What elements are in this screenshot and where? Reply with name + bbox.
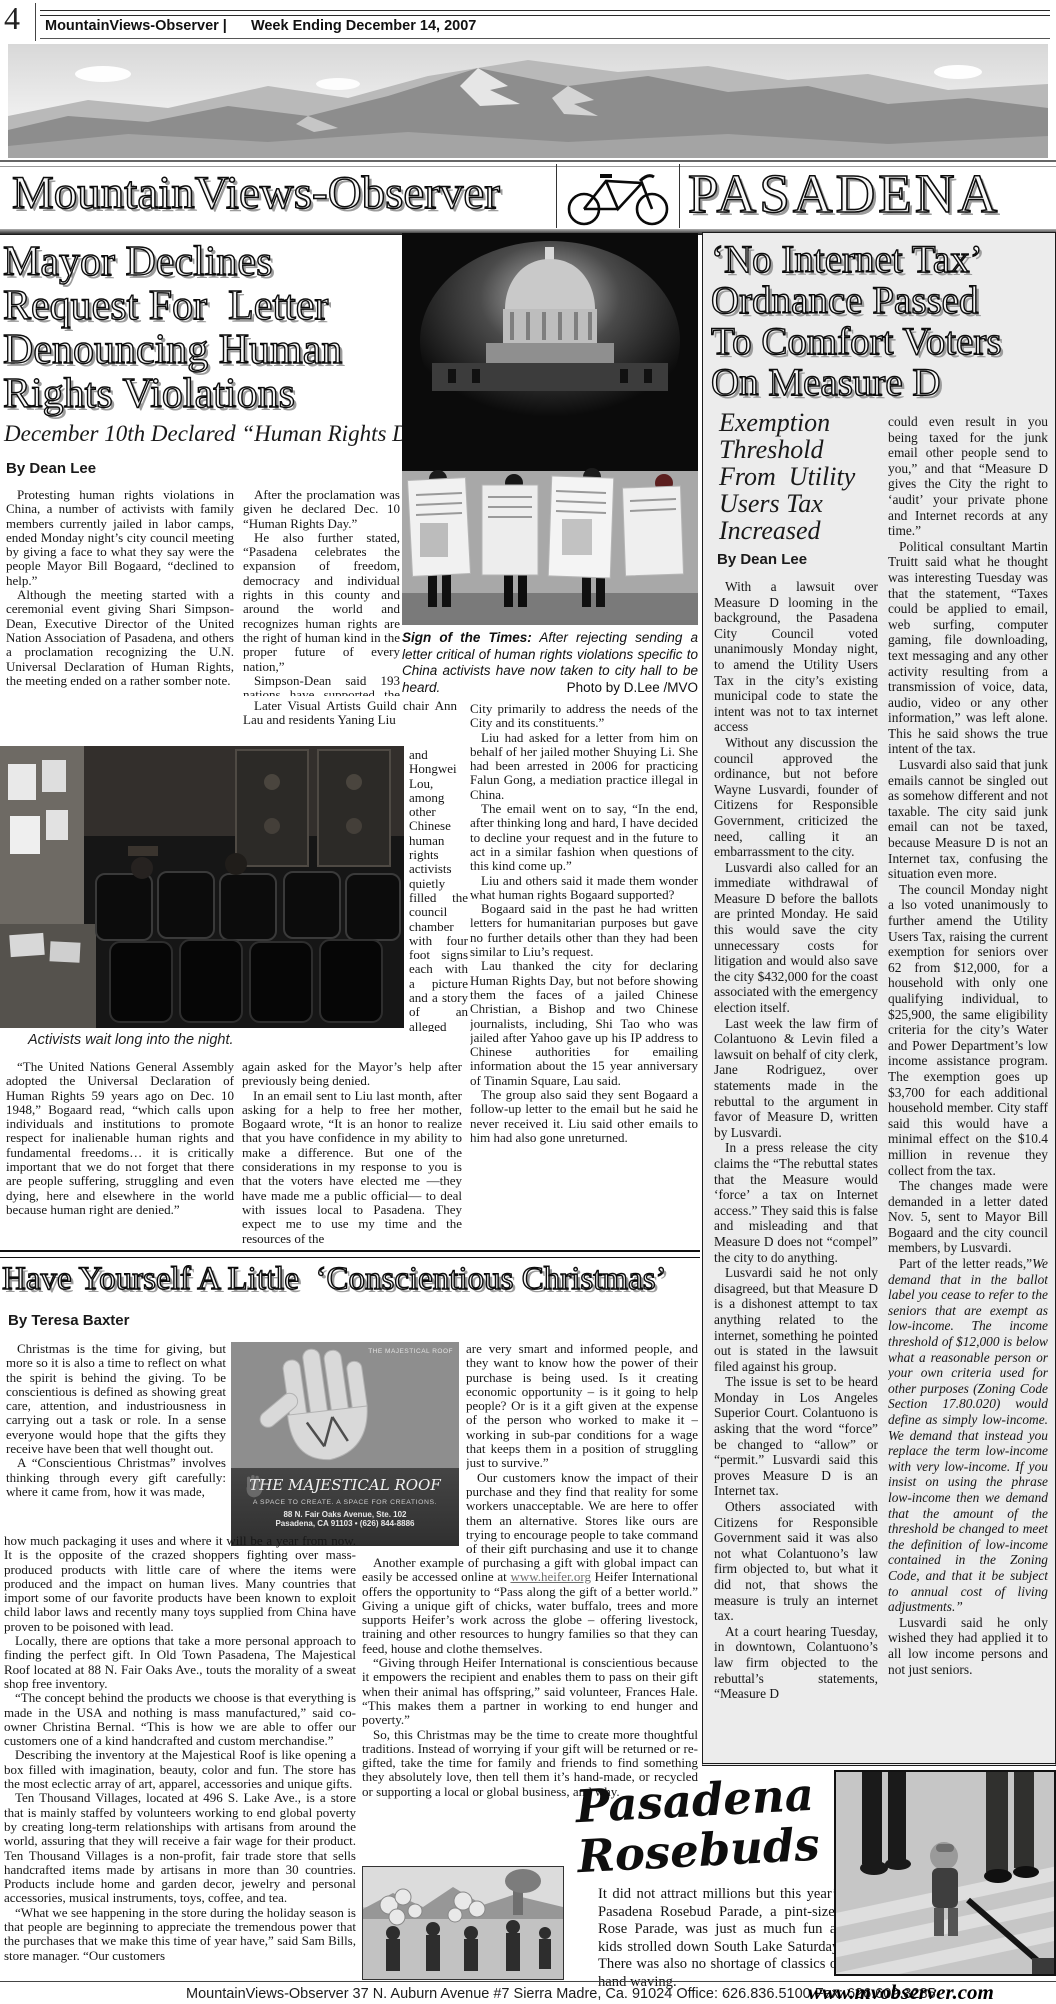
tax-headline-line: To Comfort Voters <box>711 321 1053 362</box>
paragraph: Protesting human rights violations in Ch… <box>6 488 234 588</box>
paragraph: The council Monday night a lso voted una… <box>888 882 1048 1178</box>
christmas-wide-column: how much packaging it uses and where it … <box>4 1534 356 1980</box>
mayor-headline-line: Denouncing Human <box>3 328 403 372</box>
paragraph: Lusvardi also called for an immediate wi… <box>714 860 878 1016</box>
christmas-byline: By Teresa Baxter <box>8 1312 129 1329</box>
paragraph: again asked for the Mayor’s help after p… <box>242 1060 462 1089</box>
bicycle-icon <box>556 164 680 228</box>
mayor-column-2b: again asked for the Mayor’s help after p… <box>242 1060 462 1254</box>
paragraph: Although the meeting started with a cere… <box>6 588 234 688</box>
cityhall-photo-caption: Sign of the Times: After rejecting sendi… <box>402 630 698 698</box>
paragraph: Christmas is the time for giving, but mo… <box>6 1342 226 1456</box>
mountain-panorama-photo <box>8 44 1048 158</box>
activists-photo <box>0 746 404 1028</box>
paragraph: City primarily to address the needs of t… <box>470 702 698 731</box>
paragraph: The changes made were demanded in a lett… <box>888 1178 1048 1256</box>
tax-letter-paragraph: Part of the letter reads,”We demand that… <box>888 1256 1048 1615</box>
letter-quote: We demand that in the ballot label you c… <box>888 1256 1048 1614</box>
christmas-column-3: are very smart and informed people, and … <box>466 1342 698 1554</box>
paragraph: “Giving through Heifer International is … <box>362 1656 698 1727</box>
cityhall-protest-photo <box>402 233 698 625</box>
christmas-column-1: Christmas is the time for giving, but mo… <box>6 1342 226 1534</box>
majestical-roof-ad: THE MAJESTICAL ROOF THE MAJES <box>231 1342 459 1546</box>
tax-headline-line: ‘No Internet Tax’ <box>711 239 1053 280</box>
paragraph: The group also said they sent Bogaard a … <box>470 1088 698 1145</box>
mayor-headline: Mayor Declines Request For Letter Denoun… <box>3 240 403 416</box>
tax-headline: ‘No Internet Tax’ Ordnance Passed To Com… <box>711 239 1053 403</box>
paragraph: Ten Thousand Villages, located at 496 S.… <box>4 1791 356 1905</box>
mayor-subhead: December 10th Declared “Human Rights Day… <box>4 421 454 447</box>
header-line: MountainViews-Observer | Week Ending Dec… <box>45 18 476 34</box>
mayor-byline: By Dean Lee <box>6 460 96 477</box>
newspaper-page: 4 MountainViews-Observer | Week Ending D… <box>0 0 1056 2004</box>
masthead-title: MountainViews-Observer <box>12 166 500 220</box>
heifer-paragraph: Another example of purchasing a gift wit… <box>362 1556 698 1656</box>
paragraph: Simpson-Dean said 193 nations have suppo… <box>243 674 400 696</box>
tax-subhead: Exemption Threshold From Utility Users T… <box>719 409 855 544</box>
tax-column-1: With a lawsuit over Measure D looming in… <box>714 579 878 1757</box>
hand-icon <box>249 1348 399 1468</box>
photo-credit: Photo by D.Lee /MVO <box>567 680 698 697</box>
paragraph: are very smart and informed people, and … <box>466 1342 698 1471</box>
paragraph: Bogaard said in the past he had written … <box>470 902 698 959</box>
paragraph: A “Conscientious Christmas” involves thi… <box>6 1456 226 1499</box>
paragraph: Liu and others said it made them wonder … <box>470 874 698 903</box>
mayor-headline-line: Request For Letter <box>3 284 403 328</box>
tax-column-2-paragraphs: could even result in you being taxed for… <box>888 414 1048 1256</box>
masthead-section: PASADENA <box>688 162 1000 225</box>
mayor-narrow-column: and Hongwei Lou, among other Chinese hum… <box>409 748 468 1032</box>
christmas-headline: Have Yourself A Little ‘Conscientious Ch… <box>2 1259 700 1299</box>
mayor-headline-line: Mayor Declines <box>3 240 403 284</box>
tax-article-box: ‘No Internet Tax’ Ordnance Passed To Com… <box>702 232 1056 1766</box>
mayor-column-2-later: Later Visual Artists Guild chair Ann Lau… <box>243 699 457 729</box>
paragraph: “What we see happening in the store duri… <box>4 1906 356 1963</box>
header-date: Week Ending December 14, 2007 <box>251 18 476 34</box>
parade-photo <box>362 1866 564 1980</box>
paragraph: Locally, there are options that take a m… <box>4 1634 356 1691</box>
rosebuds-title: Pasadena Rosebuds <box>574 1770 819 1882</box>
paragraph: Lau thanked the city for declaring Human… <box>470 959 698 1088</box>
header-rule-top <box>40 10 1050 16</box>
toddler-parade-photo <box>834 1770 1056 1976</box>
paragraph: At a court hearing Tuesday, in downtown,… <box>714 1624 878 1702</box>
ad-address-2: Pasadena, CA 91103 • (626) 844-8886 <box>231 1519 459 1528</box>
caption-lead: Sign of the Times: <box>402 630 532 645</box>
tax-byline: By Dean Lee <box>717 551 807 568</box>
paragraph: how much packaging it uses and where it … <box>4 1534 356 1634</box>
tax-headline-line: Ordnance Passed <box>711 280 1053 321</box>
paragraph: The issue is set to be heard Monday in L… <box>714 1374 878 1499</box>
paragraph: Political consultant Martin Truitt said … <box>888 539 1048 757</box>
paragraph: Our customers know the impact of their p… <box>466 1471 698 1554</box>
paragraph: “The United Nations General Assembly ado… <box>6 1060 234 1217</box>
mayor-column-3: City primarily to address the needs of t… <box>470 702 698 1256</box>
paragraph: In a press release the city claims the “… <box>714 1140 878 1265</box>
paragraph: “The concept behind the products we choo… <box>4 1691 356 1748</box>
christmas-rule <box>0 1250 700 1258</box>
rosebuds-text: It did not attract millions but this yea… <box>598 1886 842 1982</box>
header-rule-bottom <box>40 38 1050 39</box>
tax-headline-line: On Measure D <box>711 362 1053 403</box>
paragraph: He also further stated, “Pasadena celebr… <box>243 531 400 674</box>
paragraph: Liu had asked for a letter from him on b… <box>470 731 698 802</box>
ad-address-1: 88 N. Fair Oaks Avenue, Ste. 102 <box>231 1510 459 1519</box>
paragraph: could even result in you being taxed for… <box>888 414 1048 539</box>
paragraph: The email went on to say, “In the end, a… <box>470 802 698 873</box>
mayor-column-1: Protesting human rights violations in Ch… <box>6 488 234 734</box>
tax-closing-paragraph: Lusvardi said he only wished they had ap… <box>888 1615 1048 1677</box>
paragraph: With a lawsuit over Measure D looming in… <box>714 579 878 735</box>
paragraph: Lusvardi said he not only disagreed, but… <box>714 1265 878 1374</box>
paragraph: After the proclamation was given he decl… <box>243 488 400 531</box>
mayor-column-2: After the proclamation was given he decl… <box>243 488 400 696</box>
paragraph: Describing the inventory at the Majestic… <box>4 1748 356 1791</box>
header-divider <box>35 3 36 41</box>
paragraph: Last week the law firm of Colantuono & L… <box>714 1016 878 1141</box>
page-number: 4 <box>4 0 20 37</box>
header-paper-name: MountainViews-Observer | <box>45 18 227 34</box>
paragraph: Without any discussion the council appro… <box>714 735 878 860</box>
paragraph: Lusvardi also said that junk emails cann… <box>888 757 1048 882</box>
footer-website[interactable]: www.mvobserver.com <box>808 1980 994 2004</box>
tax-column-2: could even result in you being taxed for… <box>888 414 1048 1757</box>
mayor-headline-line: Rights Violations <box>3 372 403 416</box>
paragraph: Others associated with Citizens for Resp… <box>714 1499 878 1624</box>
mayor-column-1b: “The United Nations General Assembly ado… <box>6 1060 234 1254</box>
heifer-link[interactable]: www.heifer.org <box>510 1569 591 1584</box>
activists-caption: Activists wait long into the night. <box>28 1032 234 1048</box>
paragraph: In an email sent to Liu last month, afte… <box>242 1089 462 1246</box>
